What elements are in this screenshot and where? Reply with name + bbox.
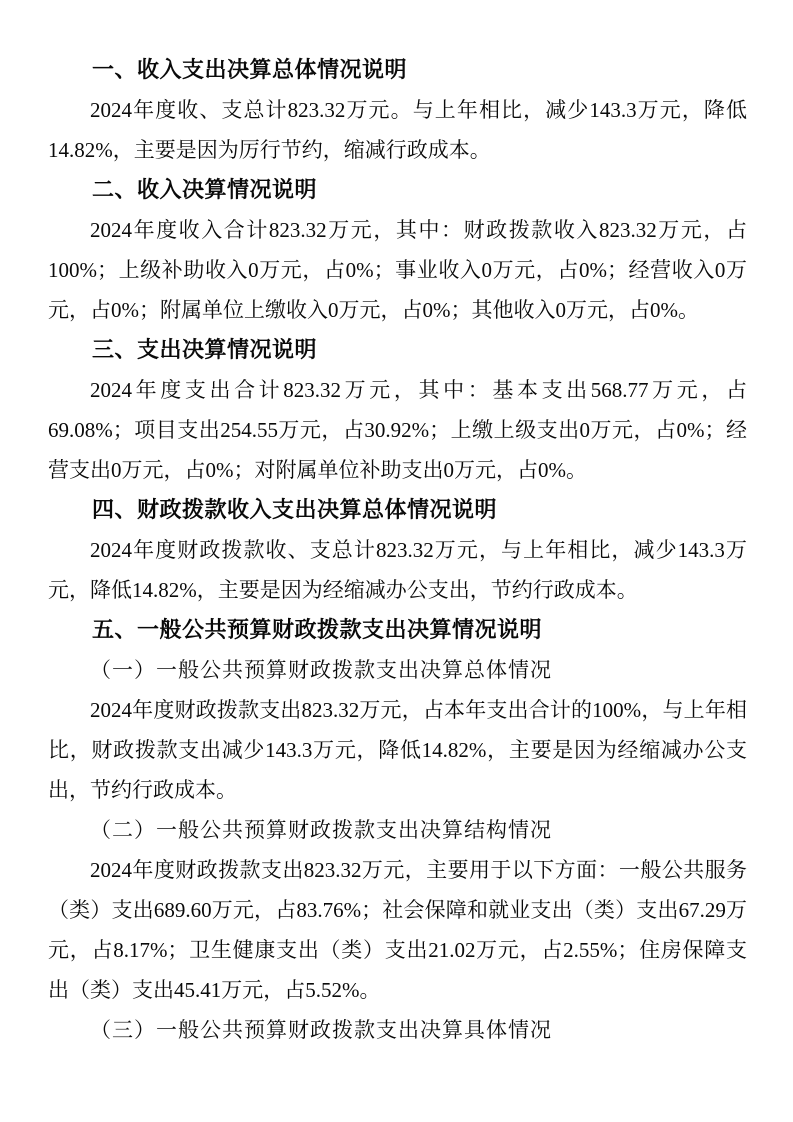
paragraph-fiscal-appropriation-overview: 2024年度财政拨款收、支总计823.32万元，与上年相比，减少143.3万元，… bbox=[48, 530, 747, 610]
paragraph-income-accounts: 2024年度收入合计823.32万元，其中：财政拨款收入823.32万元，占10… bbox=[48, 210, 747, 330]
paragraph-income-expenditure-overview: 2024年度收、支总计823.32万元。与上年相比，减少143.3万元，降低14… bbox=[48, 90, 747, 170]
paragraph-expenditure-accounts: 2024年度支出合计823.32万元，其中：基本支出568.77万元，占69.0… bbox=[48, 370, 747, 490]
paragraph-general-budget-structure: 2024年度财政拨款支出823.32万元，主要用于以下方面：一般公共服务（类）支… bbox=[48, 850, 747, 1010]
subheading-general-budget-structure: （二）一般公共预算财政拨款支出决算结构情况 bbox=[48, 810, 747, 850]
document-page: 一、收入支出决算总体情况说明 2024年度收、支总计823.32万元。与上年相比… bbox=[0, 0, 793, 1122]
section-heading-general-budget-expenditure: 五、一般公共预算财政拨款支出决算情况说明 bbox=[48, 610, 747, 650]
section-heading-income-expenditure-overview: 一、收入支出决算总体情况说明 bbox=[48, 50, 747, 90]
document-content: 一、收入支出决算总体情况说明 2024年度收、支总计823.32万元。与上年相比… bbox=[48, 50, 747, 1050]
subheading-general-budget-overall: （一）一般公共预算财政拨款支出决算总体情况 bbox=[48, 650, 747, 690]
subheading-general-budget-details: （三）一般公共预算财政拨款支出决算具体情况 bbox=[48, 1010, 747, 1050]
paragraph-general-budget-overall: 2024年度财政拨款支出823.32万元，占本年支出合计的100%，与上年相比，… bbox=[48, 690, 747, 810]
section-heading-income-accounts: 二、收入决算情况说明 bbox=[48, 170, 747, 210]
section-heading-expenditure-accounts: 三、支出决算情况说明 bbox=[48, 330, 747, 370]
section-heading-fiscal-appropriation-overview: 四、财政拨款收入支出决算总体情况说明 bbox=[48, 490, 747, 530]
